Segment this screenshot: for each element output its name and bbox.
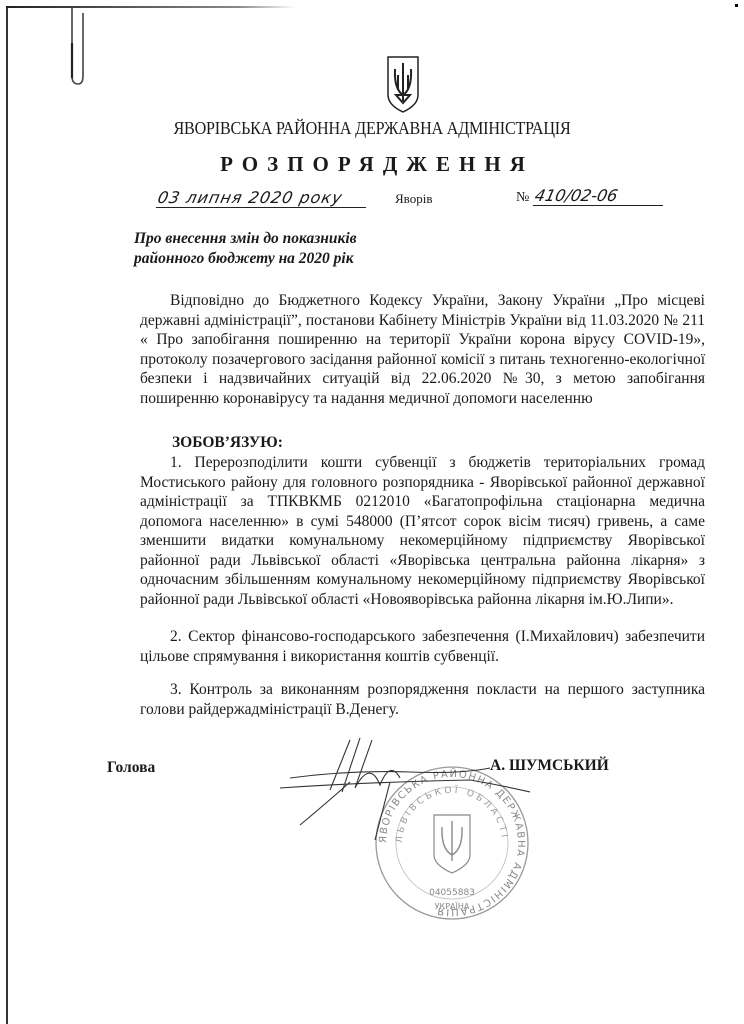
date-handwritten: 03 липня 2020 року bbox=[156, 188, 370, 208]
coat-of-arms-icon bbox=[386, 55, 420, 113]
order-item-3: 3. Контроль за виконанням розпорядження … bbox=[140, 680, 705, 719]
page-top-edge bbox=[6, 6, 296, 8]
subject-line-2: районного бюджету на 2020 рік bbox=[134, 249, 357, 269]
document-subject: Про внесення змін до показників районног… bbox=[134, 229, 357, 269]
document-type-title: РОЗПОРЯДЖЕННЯ bbox=[0, 152, 744, 177]
preamble-paragraph: Відповідно до Бюджетного Кодексу України… bbox=[140, 291, 705, 408]
signatory-role: Голова bbox=[107, 759, 155, 777]
order-item-2: 2. Сектор фінансово-господарського забез… bbox=[140, 627, 705, 666]
organization-name: ЯВОРІВСЬКА РАЙОННА ДЕРЖАВНА АДМІНІСТРАЦІ… bbox=[30, 118, 714, 139]
document-number-handwritten: 410/02-06 bbox=[533, 186, 667, 206]
signatory-name: А. ШУМСЬКИЙ bbox=[490, 757, 609, 775]
stamp-code: 04055883 bbox=[429, 888, 475, 898]
subject-line-1: Про внесення змін до показників bbox=[134, 229, 357, 249]
paperclip-icon bbox=[60, 8, 84, 85]
city-label: Яворів bbox=[395, 191, 432, 207]
number-label: № bbox=[516, 190, 529, 206]
stamp-country: УКРАЇНА bbox=[435, 901, 470, 911]
handwritten-signature bbox=[230, 730, 530, 840]
order-item-1: 1. Перерозподілити кошти субвенції з бюд… bbox=[140, 453, 705, 609]
order-heading: ЗОБОВ’ЯЗУЮ: bbox=[172, 434, 283, 452]
scan-dot bbox=[735, 4, 738, 7]
